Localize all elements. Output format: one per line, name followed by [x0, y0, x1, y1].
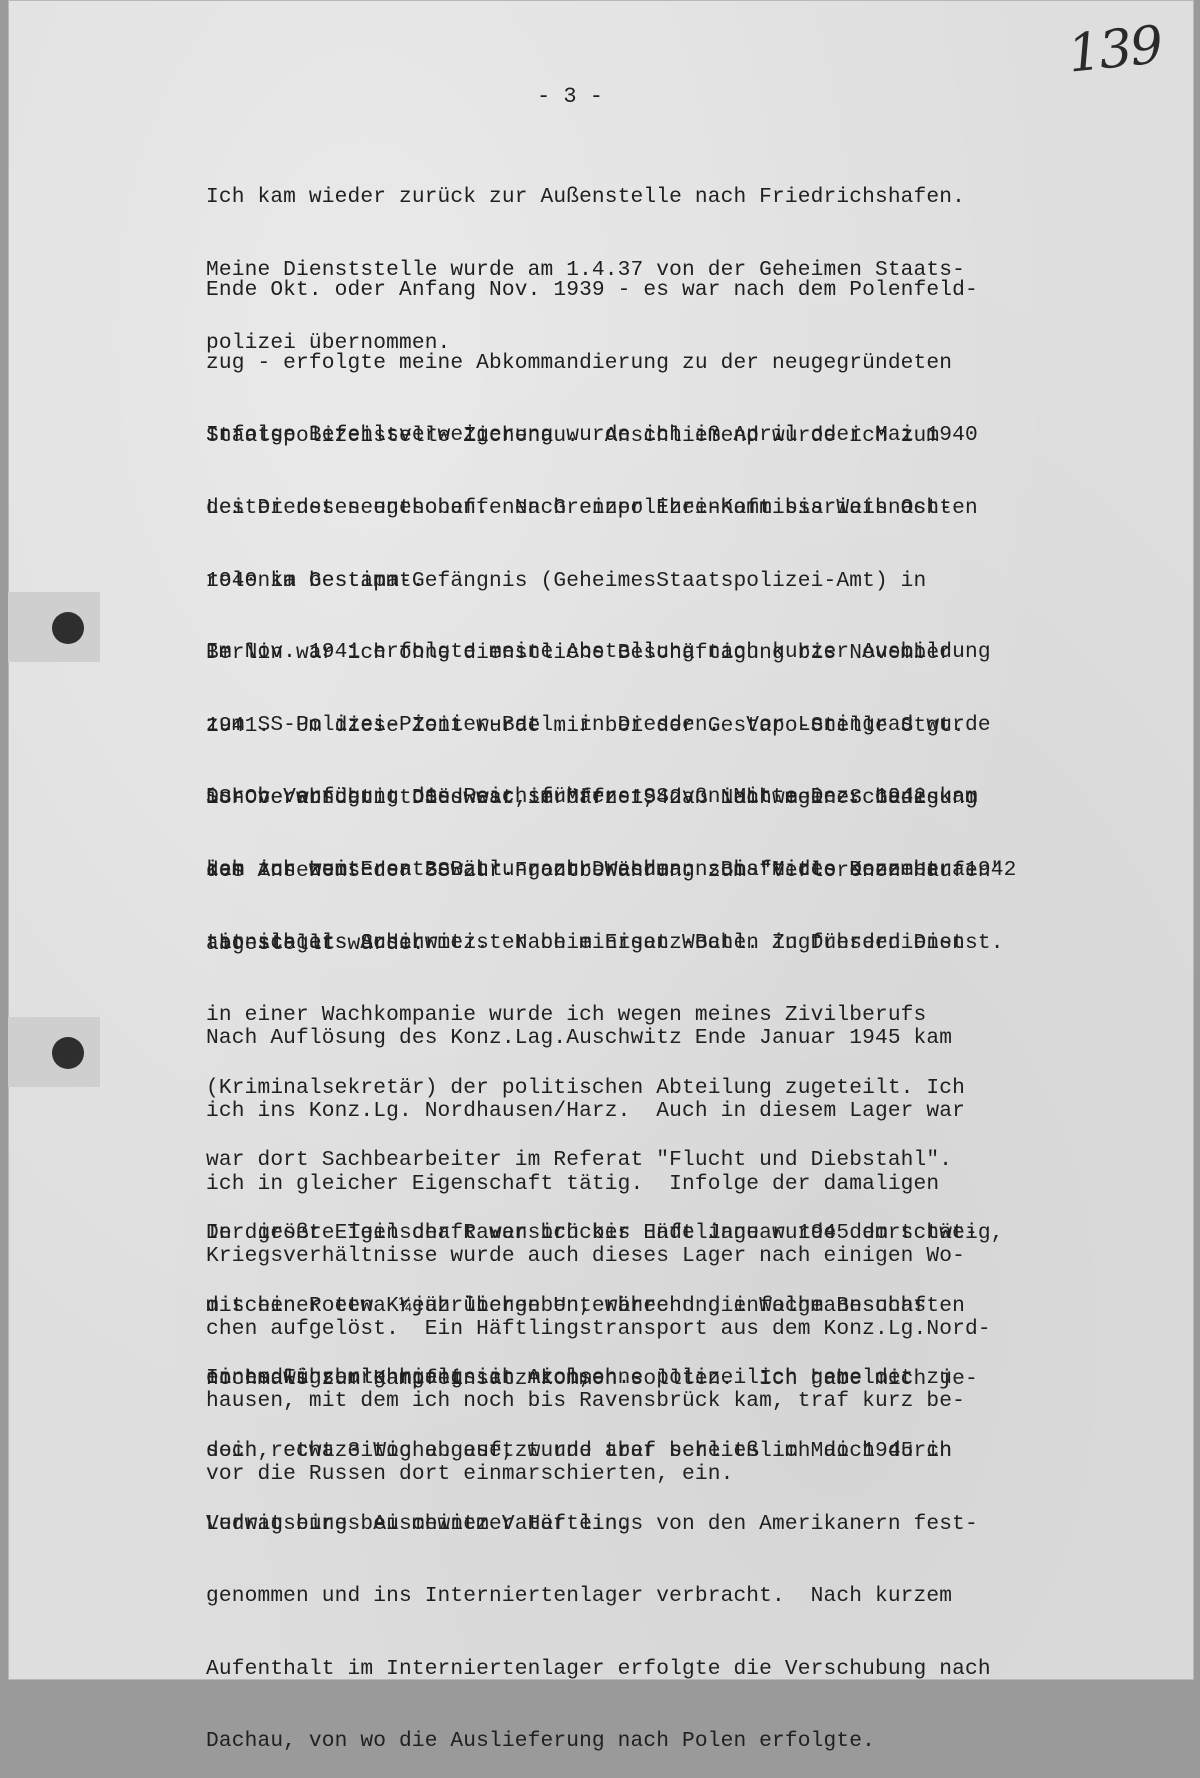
- text-line: sein, etwa 3 Wochen auf, wurde aber schl…: [206, 1439, 1166, 1463]
- page-number: - 3 -: [0, 84, 1170, 109]
- text-line: 1940 im Gestapa-Gefängnis (GeheimesStaat…: [206, 569, 1166, 593]
- text-line: ich ins Konz.Lg. Nordhausen/Harz. Auch i…: [206, 1099, 1166, 1123]
- text-line: ich zur weiteren Bewährung zur Wachmanns…: [206, 858, 1166, 882]
- text-line: Verrat eines Auschwitzer Häftlings von d…: [206, 1512, 1166, 1536]
- text-line: Ich kam wieder zurück zur Außenstelle na…: [206, 185, 1166, 209]
- text-line: Nach Auflösung des Konz.Lag.Auschwitz En…: [206, 1026, 1166, 1050]
- handwritten-folio-number: 139: [1065, 15, 1164, 84]
- text-line: Durch Verfügung des Reichsführers SS von…: [206, 785, 1166, 809]
- text-line: Ende Okt. oder Anfang Nov. 1939 - es war…: [206, 278, 1166, 302]
- punch-hole-icon: [52, 612, 84, 644]
- text-line: zug - erfolgte meine Abkommandierung zu …: [206, 351, 1166, 375]
- text-line: In Ludwigsburg hielt ich mich,ohne poliz…: [206, 1366, 1166, 1390]
- text-line: zum SS-Polizei-Pionier-Batl. in Dresden.…: [206, 713, 1166, 737]
- text-line: genommen und ins Interniertenlager verbr…: [206, 1584, 1166, 1608]
- text-line: Der größte Teil der Ravensbrücker Häftli…: [206, 1221, 1166, 1245]
- text-line: dischen Roten Kreuz übergeben, während d…: [206, 1294, 1166, 1318]
- paragraph-8: In Ludwigsburg hielt ich mich,ohne poliz…: [206, 1318, 1166, 1686]
- text-line: des Dienstes enthoben. Nach einer Ehrenh…: [206, 496, 1166, 520]
- text-line: Im Nov. 1941 erfolgte meine Abstellung n…: [206, 640, 1166, 664]
- punch-hole-icon: [52, 1037, 84, 1069]
- text-line: Aufenthalt im Interniertenlager erfolgte…: [206, 1657, 1166, 1681]
- text-line: Infolge Befehlsverweigerung wurde ich im…: [206, 423, 1166, 447]
- text-line: tionslagers Auschwitz. Nach einigen Woch…: [206, 931, 1166, 955]
